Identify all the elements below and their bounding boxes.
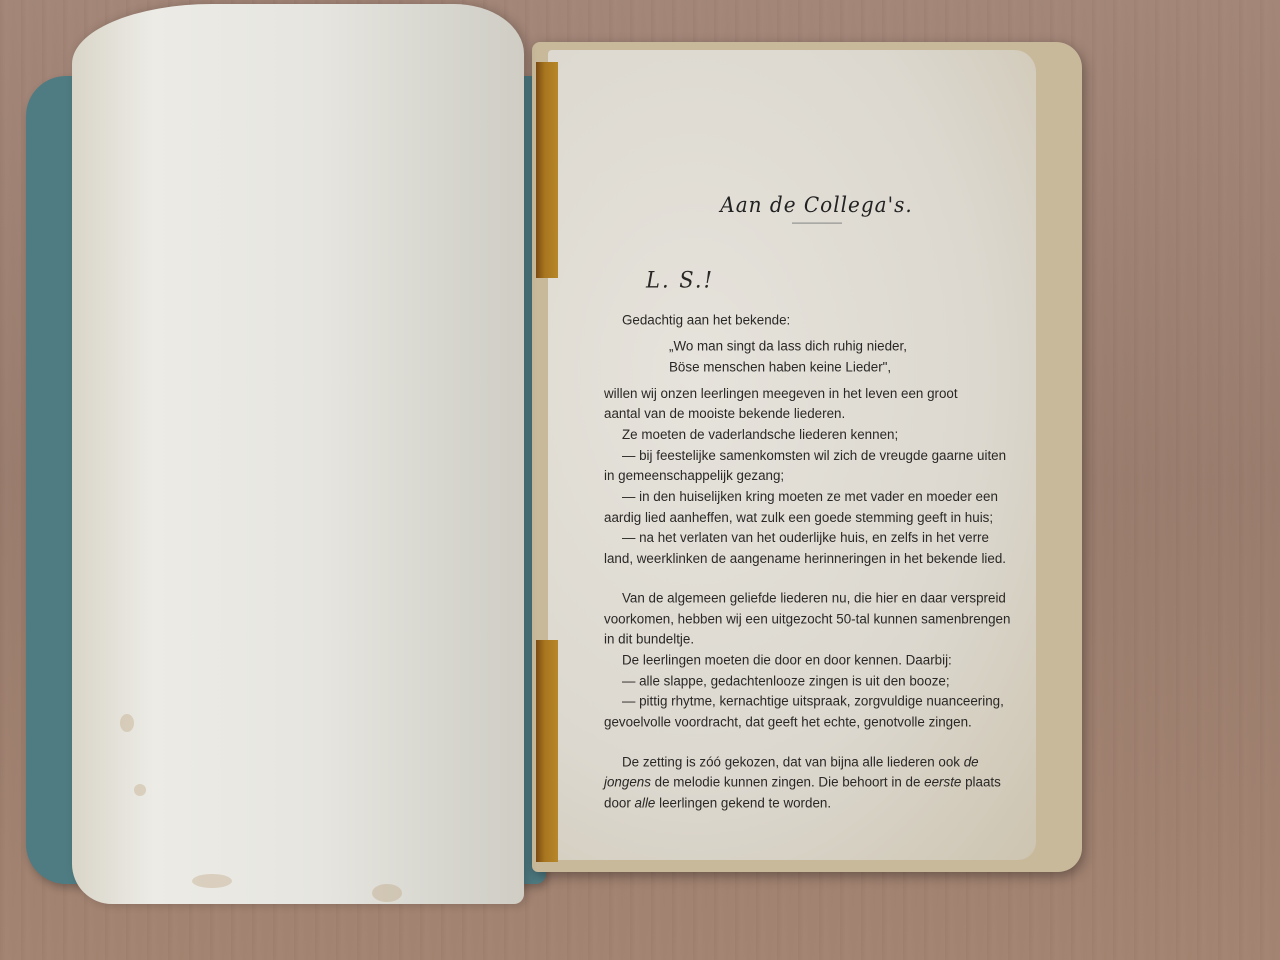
text-line: aantal van de mooiste bekende liederen. bbox=[604, 403, 1029, 424]
page-title: Aan de Collega's. bbox=[604, 195, 1029, 216]
binding-tape-top bbox=[536, 62, 558, 278]
text-line: voorkomen, hebben wij een uitgezocht 50-… bbox=[604, 609, 1029, 630]
text-line: Gedachtig aan het bekende: bbox=[604, 310, 1029, 331]
foxing-stain bbox=[192, 874, 232, 888]
text-line: De zetting is zóó gekozen, dat van bijna… bbox=[604, 752, 1029, 773]
foxing-stain bbox=[134, 784, 146, 796]
title-rule bbox=[792, 222, 842, 223]
text-line: in gemeenschappelijk gezang; bbox=[604, 465, 1029, 486]
text-line: — in den huiselijken kring moeten ze met… bbox=[604, 486, 1029, 507]
text-line: — bij feestelijke samenkomsten wil zich … bbox=[604, 445, 1029, 466]
text-line: — na het verlaten van het ouderlijke hui… bbox=[604, 528, 1029, 549]
text-line: door alle leerlingen gekend te worden. bbox=[604, 793, 1029, 814]
left-page-blank bbox=[72, 4, 524, 904]
text-line: land, weerklinken de aangename herinneri… bbox=[604, 548, 1029, 569]
text-line: — alle slappe, gedachtenlooze zingen is … bbox=[604, 671, 1029, 692]
text-line: in dit bundeltje. bbox=[604, 629, 1029, 650]
salutation: L. S.! bbox=[646, 271, 1029, 292]
text-line: aardig lied aanheffen, wat zulk een goed… bbox=[604, 507, 1029, 528]
text-line: De leerlingen moeten die door en door ke… bbox=[604, 650, 1029, 671]
text-line: Van de algemeen geliefde liederen nu, di… bbox=[604, 588, 1029, 609]
foxing-stain bbox=[372, 884, 402, 902]
quote-line: Böse menschen haben keine Lieder", bbox=[604, 357, 1029, 378]
page-text: Aan de Collega's. L. S.! Gedachtig aan h… bbox=[604, 195, 1029, 813]
text-line: — pittig rhytme, kernachtige uitspraak, … bbox=[604, 691, 1029, 712]
text-line: gevoelvolle voordracht, dat geeft het ec… bbox=[604, 712, 1029, 733]
binding-tape-bottom bbox=[536, 640, 558, 862]
foxing-stain bbox=[120, 714, 134, 732]
text-line: willen wij onzen leerlingen meegeven in … bbox=[604, 383, 1029, 404]
text-line: Ze moeten de vaderlandsche liederen kenn… bbox=[604, 424, 1029, 445]
text-line: jongens de melodie kunnen zingen. Die be… bbox=[604, 772, 1029, 793]
quote-line: „Wo man singt da lass dich ruhig nieder, bbox=[604, 336, 1029, 357]
